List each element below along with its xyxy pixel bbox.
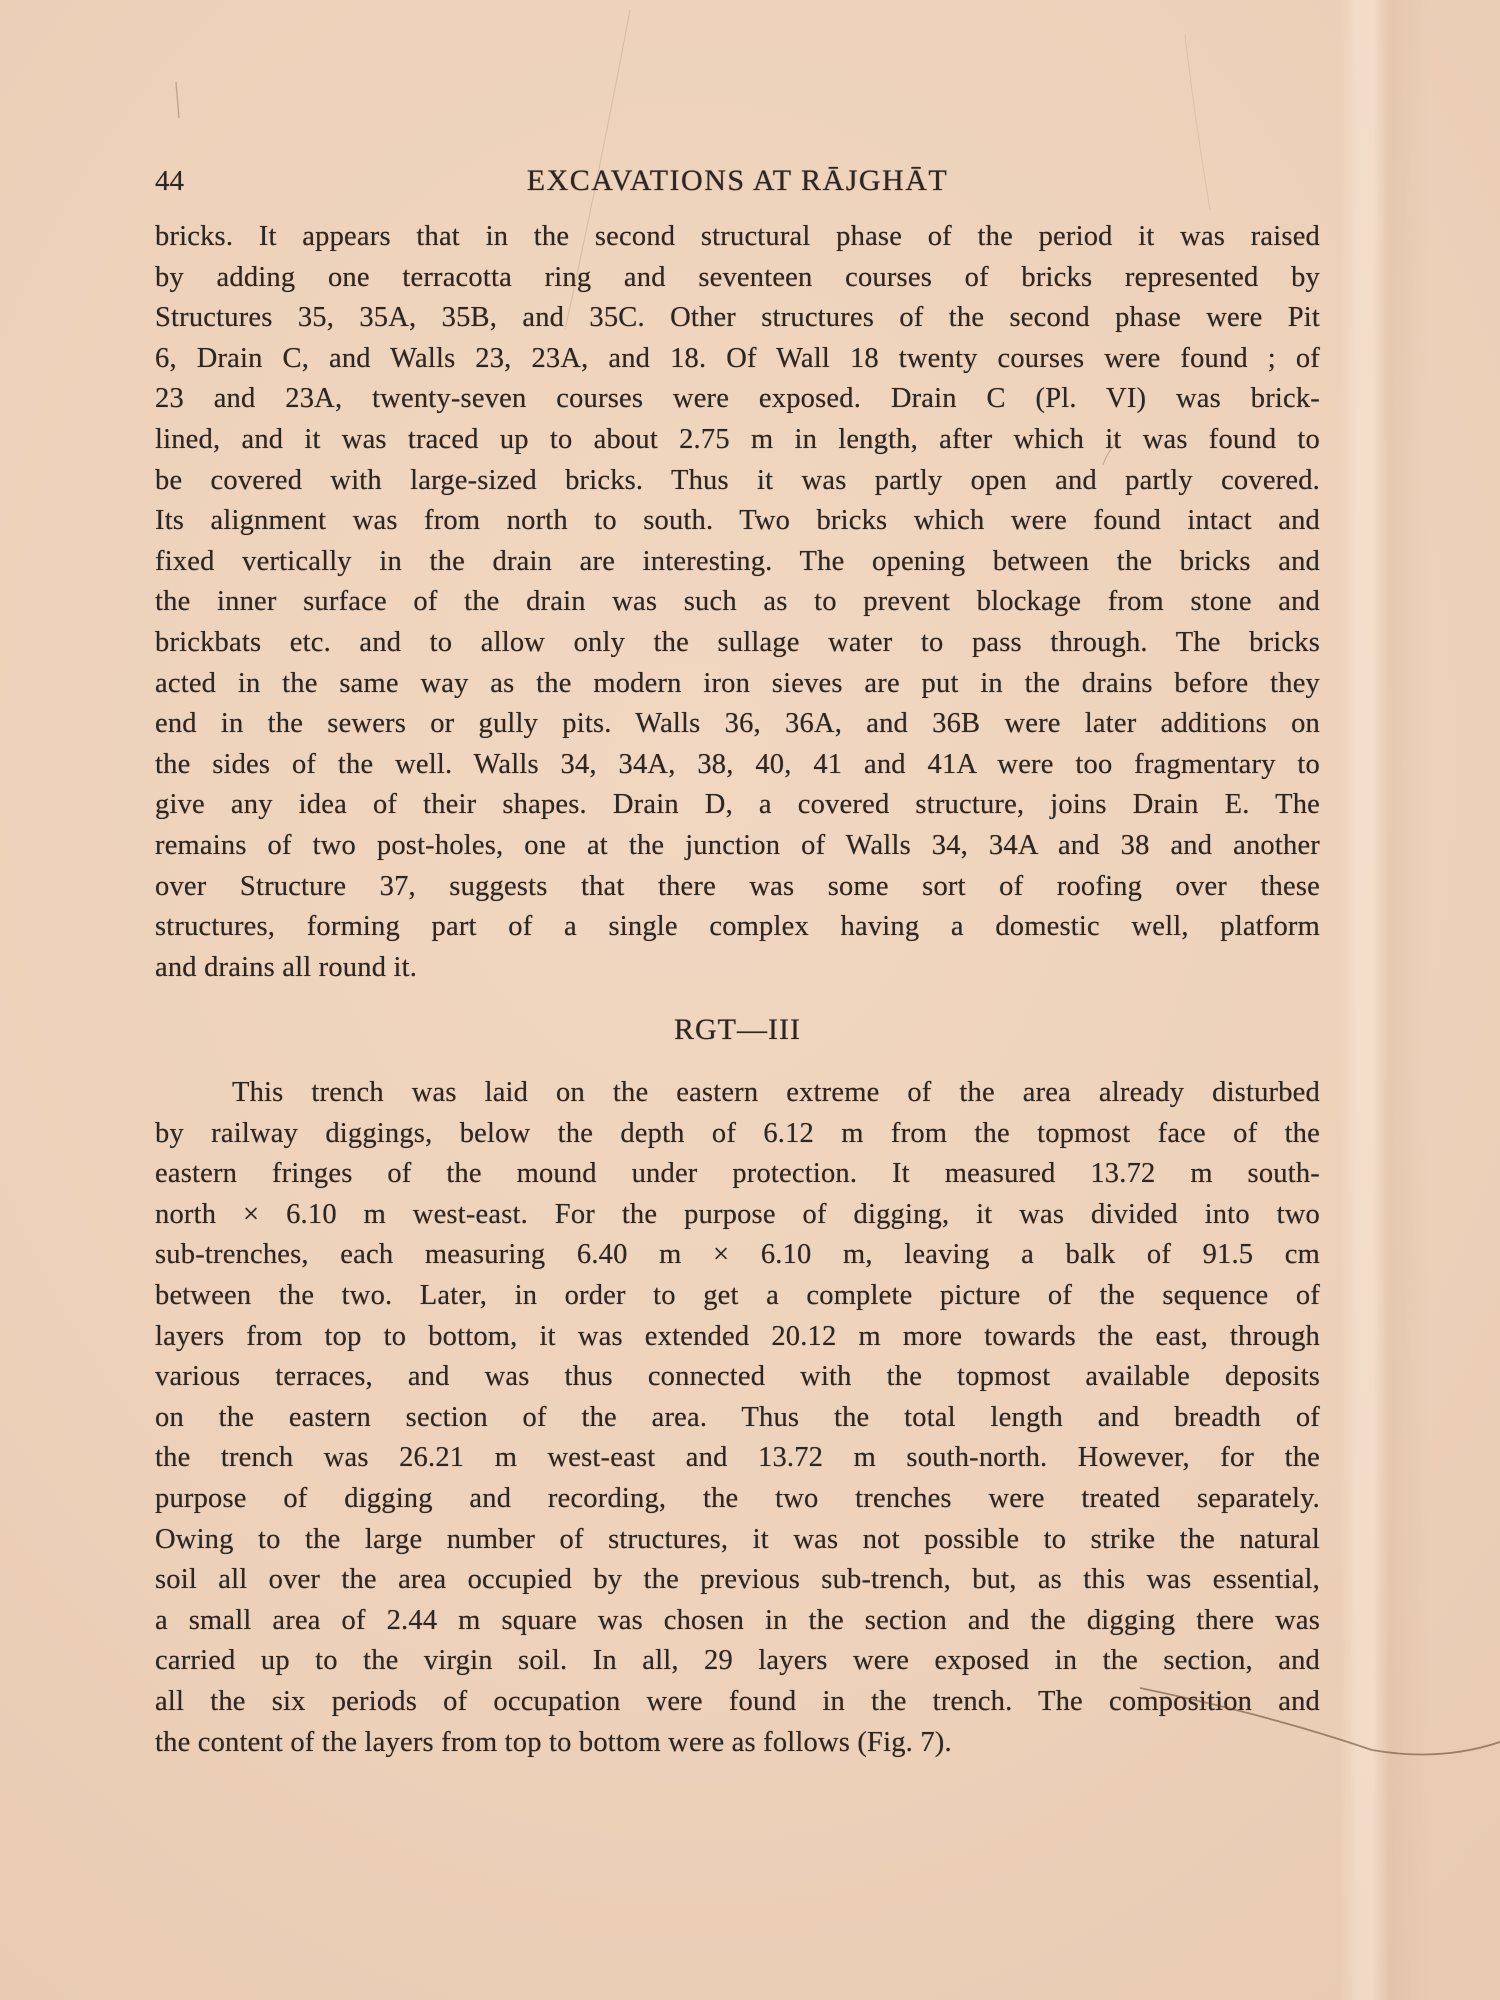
text-line: end in the sewers or gully pits. Walls 3… xyxy=(155,704,1320,745)
page-header: 44 EXCAVATIONS AT RĀJGHĀT xyxy=(155,160,1320,202)
text-line: brickbats etc. and to allow only the sul… xyxy=(155,623,1320,664)
text-line: a small area of 2.44 m square was chosen… xyxy=(155,1601,1320,1642)
text-line: by adding one terracotta ring and sevent… xyxy=(155,258,1320,299)
text-line: all the six periods of occupation were f… xyxy=(155,1682,1320,1723)
text-line: be covered with large-sized bricks. Thus… xyxy=(155,461,1320,502)
text-line: purpose of digging and recording, the tw… xyxy=(155,1479,1320,1520)
running-header-title: EXCAVATIONS AT RĀJGHĀT xyxy=(155,160,1320,202)
scratch-mark xyxy=(176,82,179,118)
text-line: 23 and 23A, twenty-seven courses were ex… xyxy=(155,379,1320,420)
text-line: This trench was laid on the eastern extr… xyxy=(155,1073,1320,1114)
text-line: the inner surface of the drain was such … xyxy=(155,582,1320,623)
text-line: the sides of the well. Walls 34, 34A, 38… xyxy=(155,745,1320,786)
text-line: by railway diggings, below the depth of … xyxy=(155,1114,1320,1155)
text-line: Owing to the large number of structures,… xyxy=(155,1520,1320,1561)
text-line: over Structure 37, suggests that there w… xyxy=(155,867,1320,908)
text-line: Its alignment was from north to south. T… xyxy=(155,501,1320,542)
section-heading: RGT—III xyxy=(155,1010,1320,1050)
body-paragraph-1: bricks. It appears that in the second st… xyxy=(155,217,1320,988)
text-line: remains of two post-holes, one at the ju… xyxy=(155,826,1320,867)
text-line: give any idea of their shapes. Drain D, … xyxy=(155,785,1320,826)
text-line: sub-trenches, each measuring 6.40 m × 6.… xyxy=(155,1235,1320,1276)
text-line: structures, forming part of a single com… xyxy=(155,907,1320,948)
text-line: the content of the layers from top to bo… xyxy=(155,1723,1320,1764)
text-line: fixed vertically in the drain are intere… xyxy=(155,542,1320,583)
text-line: lined, and it was traced up to about 2.7… xyxy=(155,420,1320,461)
text-line: north × 6.10 m west-east. For the purpos… xyxy=(155,1195,1320,1236)
body-paragraph-2: This trench was laid on the eastern extr… xyxy=(155,1073,1320,1763)
book-page: 44 EXCAVATIONS AT RĀJGHĀT bricks. It app… xyxy=(0,0,1500,2000)
text-line: various terraces, and was thus connected… xyxy=(155,1357,1320,1398)
text-line: acted in the same way as the modern iron… xyxy=(155,664,1320,705)
text-line: carried up to the virgin soil. In all, 2… xyxy=(155,1641,1320,1682)
text-line: bricks. It appears that in the second st… xyxy=(155,217,1320,258)
text-line: Structures 35, 35A, 35B, and 35C. Other … xyxy=(155,298,1320,339)
text-line: soil all over the area occupied by the p… xyxy=(155,1560,1320,1601)
text-line: on the eastern section of the area. Thus… xyxy=(155,1398,1320,1439)
text-line: and drains all round it. xyxy=(155,948,1320,989)
text-line: layers from top to bottom, it was extend… xyxy=(155,1317,1320,1358)
text-line: the trench was 26.21 m west-east and 13.… xyxy=(155,1438,1320,1479)
text-line: between the two. Later, in order to get … xyxy=(155,1276,1320,1317)
text-line: 6, Drain C, and Walls 23, 23A, and 18. O… xyxy=(155,339,1320,380)
text-line: eastern fringes of the mound under prote… xyxy=(155,1154,1320,1195)
